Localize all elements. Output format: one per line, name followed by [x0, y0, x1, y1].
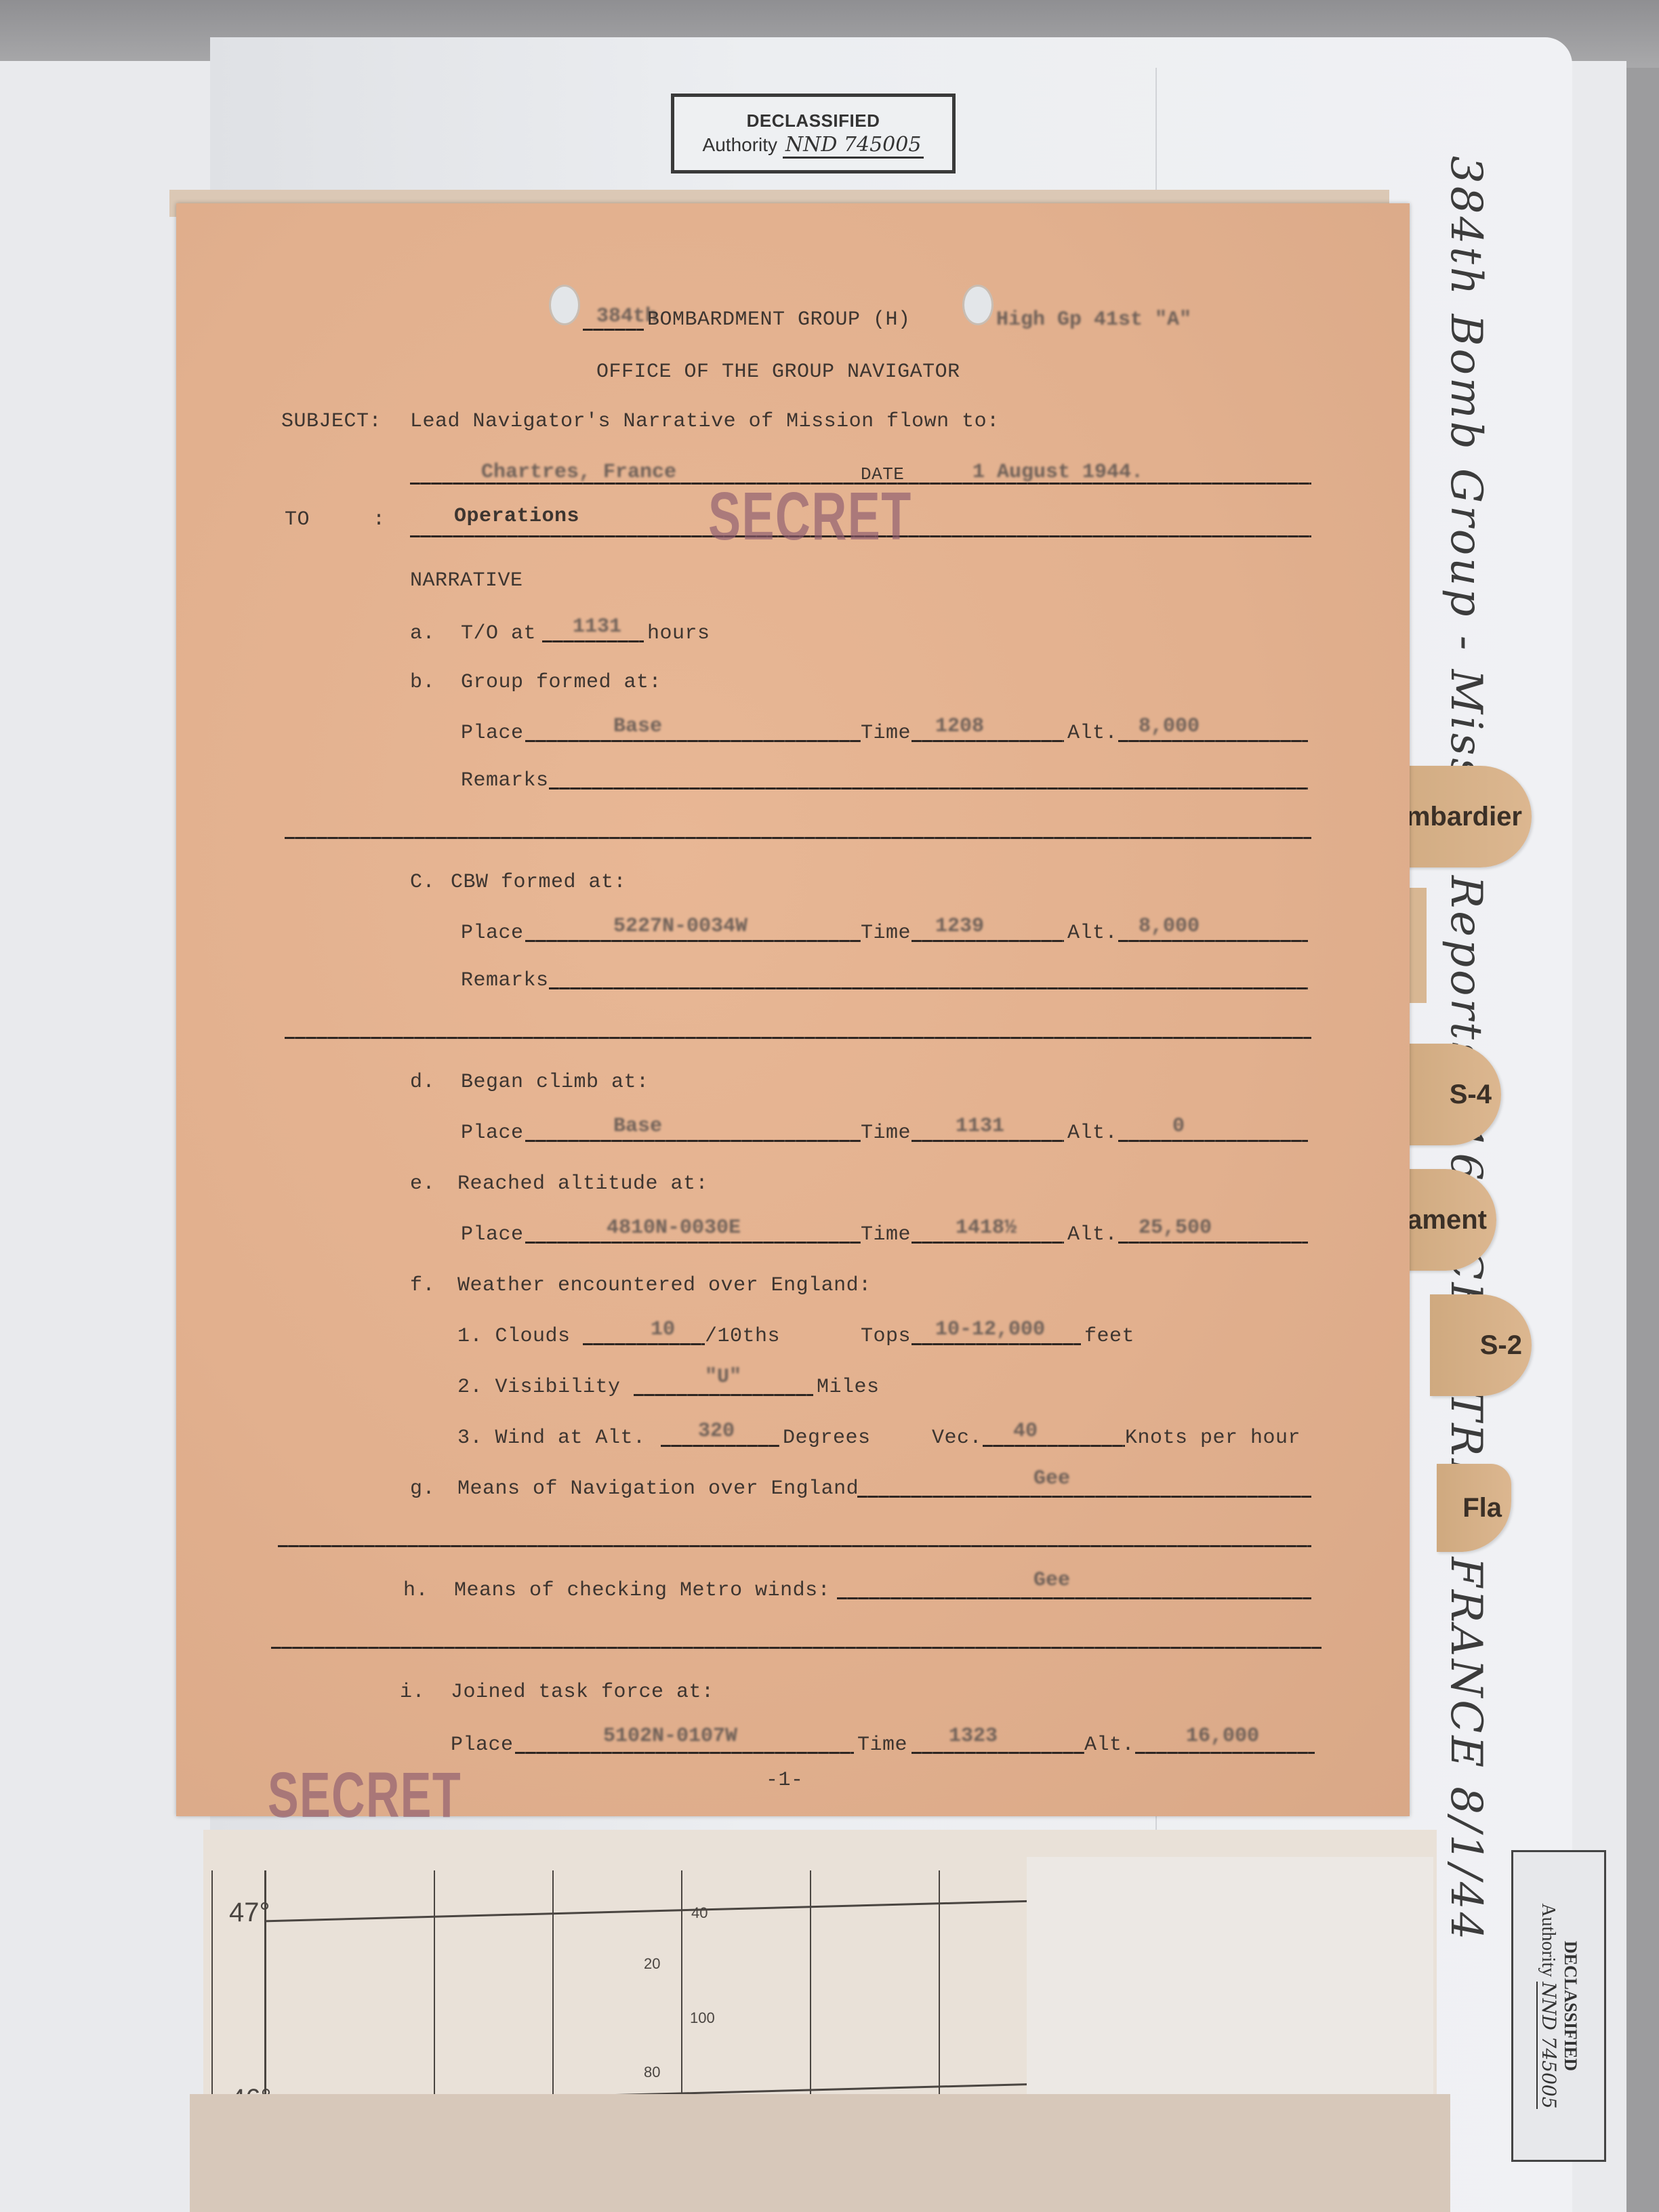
tab-armament[interactable]: ament [1396, 1169, 1496, 1271]
overlay-map-sheet [1027, 1857, 1433, 2114]
cbw-formed-label: CBW formed at: [451, 871, 626, 894]
cbw-formed-remarks [549, 987, 1308, 989]
header-annotation: High Gp 41st "A" [996, 308, 1191, 331]
folder-bottom-strip [190, 2094, 1450, 2212]
cloud-tops-value: 10-12,000 [935, 1318, 1045, 1341]
navigation-means-value: Gee [1033, 1467, 1070, 1490]
metro-winds-label: Means of checking Metro winds: [454, 1579, 830, 1602]
began-climb-time: 1131 [956, 1115, 1004, 1138]
scale-label: 20 [644, 1955, 660, 1973]
joined-task-force-alt: 16,000 [1186, 1725, 1259, 1748]
destination-value: Chartres, France [481, 461, 676, 484]
reached-altitude-place: 4810N-0030E [607, 1216, 741, 1240]
to-value: Operations [454, 505, 579, 528]
wind-velocity-value: 40 [1013, 1420, 1038, 1443]
authority-value: NND 745005 [1536, 1982, 1560, 2108]
punch-hole [962, 285, 994, 325]
declassified-title: DECLASSIFIED [674, 110, 952, 131]
declassified-stamp-top: DECLASSIFIED Authority NND 745005 [671, 94, 956, 173]
navigation-chart-sheet: 47° 46° 40 20 100 80 [203, 1830, 1437, 2114]
joined-task-force-time: 1323 [949, 1725, 998, 1748]
began-climb-alt: 0 [1172, 1115, 1185, 1138]
page-number: -1- [766, 1769, 804, 1792]
date-value: 1 August 1944. [972, 461, 1143, 484]
navigation-means-label: Means of Navigation over England [457, 1477, 859, 1500]
weather-label: Weather encountered over England: [457, 1274, 872, 1297]
declassified-stamp-side: DECLASSIFIED Authority NND 745005 [1511, 1850, 1606, 2162]
joined-task-force-place: 5102N-0107W [603, 1725, 737, 1748]
authority-value: NND 745005 [783, 133, 924, 159]
group-formed-label: Group formed at: [461, 671, 661, 694]
visibility-value: "U" [705, 1366, 741, 1389]
declassified-title: DECLASSIFIED [1560, 1857, 1580, 2155]
takeoff-time-value: 1131 [573, 615, 621, 638]
subject-text: Lead Navigator's Narrative of Mission fl… [410, 410, 1000, 433]
reached-altitude-time: 1418½ [956, 1216, 1017, 1240]
to-colon: : [373, 508, 386, 531]
secret-stamp: SECRET [708, 478, 912, 556]
to-label: TO [285, 508, 310, 531]
tab-s4[interactable]: S-4 [1396, 1044, 1501, 1145]
cbw-formed-place: 5227N-0034W [613, 915, 747, 938]
scale-label: 40 [691, 1904, 708, 1922]
takeoff-label: T/O at [461, 622, 536, 645]
narrative-label: NARRATIVE [410, 569, 523, 592]
group-formed-alt: 8,000 [1139, 715, 1200, 738]
secret-stamp-bottom: SECRET [268, 1759, 462, 1832]
navigator-narrative-page: 384th BOMBARDMENT GROUP (H) High Gp 41st… [176, 203, 1410, 1816]
began-climb-label: Began climb at: [461, 1071, 649, 1094]
subject-label: SUBJECT: [281, 410, 382, 433]
punch-hole [549, 285, 580, 325]
scale-label: 100 [690, 2009, 715, 2027]
scale-label: 80 [644, 2064, 660, 2081]
group-formed-time: 1208 [935, 715, 984, 738]
authority-label: Authority [703, 134, 778, 155]
metro-winds-value: Gee [1033, 1569, 1070, 1592]
tab-s2[interactable]: S-2 [1430, 1294, 1532, 1396]
clouds-value: 10 [651, 1318, 675, 1341]
cbw-formed-time: 1239 [935, 915, 984, 938]
office-title: OFFICE OF THE GROUP NAVIGATOR [596, 361, 960, 384]
header-title: BOMBARDMENT GROUP (H) [647, 308, 911, 331]
reached-altitude-label: Reached altitude at: [457, 1172, 708, 1195]
cbw-formed-alt: 8,000 [1139, 915, 1200, 938]
wind-direction-value: 320 [698, 1420, 735, 1443]
latitude-label-47: 47° [229, 1898, 270, 1928]
group-formed-remarks [549, 787, 1308, 790]
authority-label: Authority [1538, 1903, 1559, 1977]
reached-altitude-alt: 25,500 [1139, 1216, 1212, 1240]
group-formed-place: Base [613, 715, 662, 738]
began-climb-place: Base [613, 1115, 662, 1138]
joined-task-force-label: Joined task force at: [451, 1681, 714, 1704]
